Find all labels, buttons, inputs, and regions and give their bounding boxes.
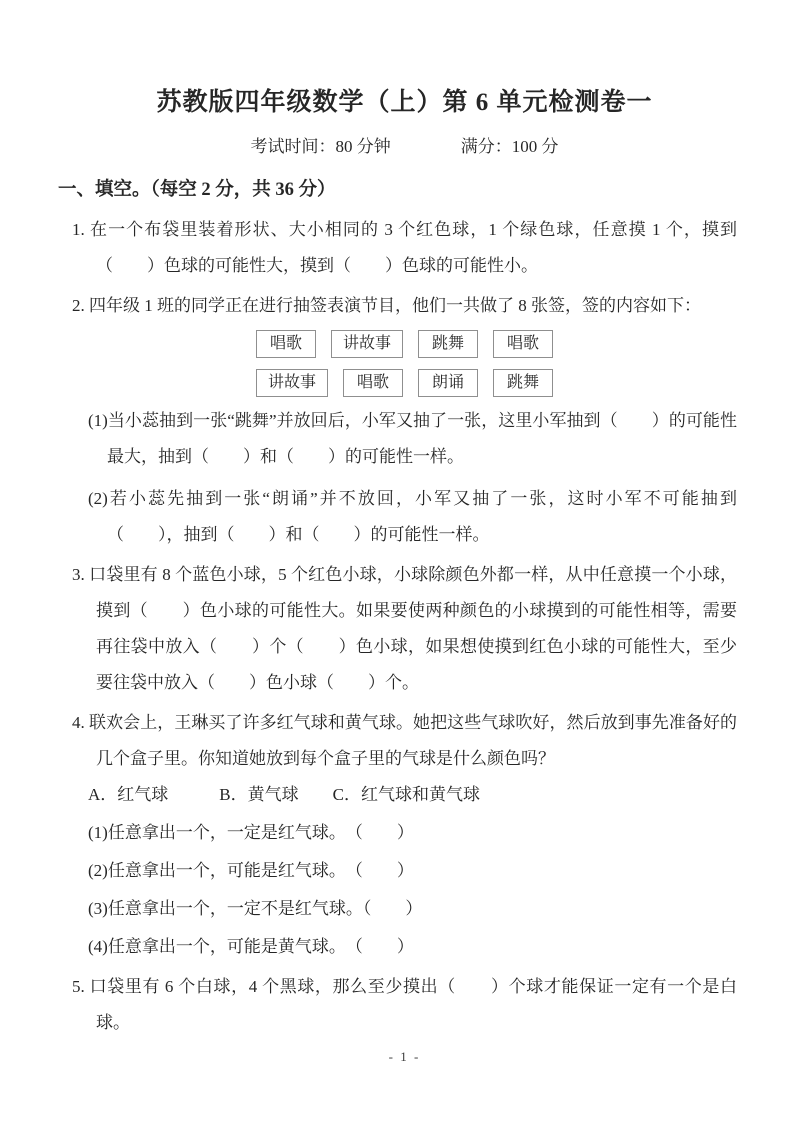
question-4-options: A．红气球 B．黄气球 C．红气球和黄气球	[88, 777, 737, 813]
question-1: 1. 在一个布袋里装着形状、大小相同的 3 个红色球，1 个绿色球，任意摸 1 …	[72, 212, 737, 284]
question-4-sub-1: (1)任意拿出一个，一定是红气球。 （ ）	[88, 815, 737, 851]
question-4: 4. 联欢会上，王琳买了许多红气球和黄气球。她把这些气球吹好，然后放到事先准备好…	[72, 705, 737, 777]
exam-paper-page: 苏教版四年级数学（上）第 6 单元检测卷一 考试时间：80 分钟 满分：100 …	[0, 0, 793, 1122]
full-score-label: 满分：100 分	[461, 136, 559, 158]
question-5: 5. 口袋里有 6 个白球，4 个黑球，那么至少摸出（ ）个球才能保证一定有一个…	[72, 969, 737, 1041]
sign-box: 朗诵	[418, 369, 478, 397]
sign-row-1: 唱歌 讲故事 跳舞 唱歌	[256, 330, 553, 358]
page-number: - 1 -	[72, 1049, 737, 1065]
sign-box: 讲故事	[331, 330, 403, 358]
sign-box: 跳舞	[493, 369, 553, 397]
page-title: 苏教版四年级数学（上）第 6 单元检测卷一	[72, 86, 737, 120]
question-2-sub-2: (2)若小蕊先抽到一张“朗诵”并不放回，小军又抽了一张，这时小军不可能抽到（ ）…	[88, 481, 737, 553]
sign-box: 讲故事	[256, 369, 328, 397]
sign-row-2: 讲故事 唱歌 朗诵 跳舞	[256, 369, 553, 397]
sign-box: 唱歌	[493, 330, 553, 358]
sign-box: 唱歌	[343, 369, 403, 397]
section-1-heading: 一、填空。（每空 2 分，共 36 分）	[58, 178, 737, 202]
exam-info: 考试时间：80 分钟 满分：100 分	[72, 136, 737, 158]
sign-box: 唱歌	[256, 330, 316, 358]
sign-slips-table: 唱歌 讲故事 跳舞 唱歌 讲故事 唱歌 朗诵 跳舞	[72, 330, 737, 397]
question-3: 3. 口袋里有 8 个蓝色小球，5 个红色小球，小球除颜色外都一样，从中任意摸一…	[72, 557, 737, 701]
question-2-sub-1: (1)当小蕊抽到一张“跳舞”并放回后，小军又抽了一张，这里小军抽到（ ）的可能性…	[88, 403, 737, 475]
sign-box: 跳舞	[418, 330, 478, 358]
question-4-sub-2: (2)任意拿出一个，可能是红气球。 （ ）	[88, 853, 737, 889]
exam-time-label: 考试时间：80 分钟	[251, 136, 391, 158]
question-4-sub-3: (3)任意拿出一个，一定不是红气球。（ ）	[88, 891, 737, 927]
question-2: 2. 四年级 1 班的同学正在进行抽签表演节目，他们一共做了 8 张签，签的内容…	[72, 288, 737, 324]
question-4-sub-4: (4)任意拿出一个，可能是黄气球。 （ ）	[88, 929, 737, 965]
